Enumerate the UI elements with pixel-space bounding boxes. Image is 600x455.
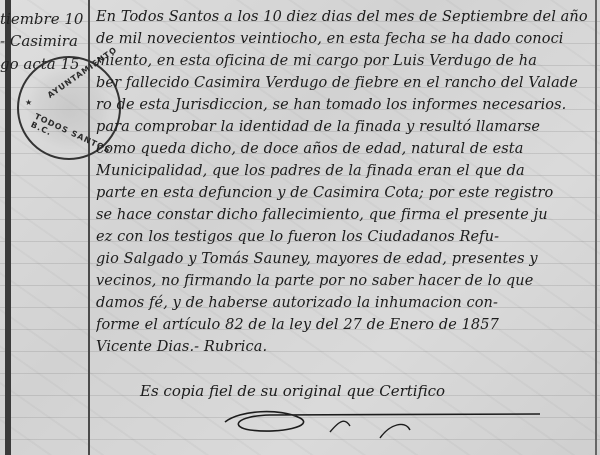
record-line: forme el artículo 82 de la ley del 27 de… — [96, 314, 596, 336]
signature-flourish — [220, 400, 550, 440]
record-line: Vicente Dias.- Rubrica. — [96, 336, 596, 358]
record-line: de mil novecientos veintiocho, en esta f… — [96, 28, 596, 50]
record-line: para comprobar la identidad de la finada… — [96, 116, 596, 138]
record-line: ber fallecido Casimira Verdugo de fiebre… — [96, 72, 596, 94]
document-page: tiembre 10 - Casimira go acta 15 AYUNTAM… — [0, 0, 600, 455]
record-line: vecinos, no firmando la parte por no sab… — [96, 270, 596, 292]
certification-line: Es copia fiel de su original que Certifi… — [140, 382, 445, 400]
margin-note-line: - Casimira — [0, 32, 86, 50]
record-line: parte en esta defuncion y de Casimira Co… — [96, 182, 596, 204]
record-line: En Todos Santos a los 10 diez dias del m… — [96, 6, 596, 28]
margin-note-line: tiembre 10 — [0, 10, 86, 28]
record-line: miento, en esta oficina de mi cargo por … — [96, 50, 596, 72]
record-body: En Todos Santos a los 10 diez dias del m… — [96, 6, 596, 358]
record-line: gio Salgado y Tomás Sauney, mayores de e… — [96, 248, 596, 270]
star-icon: ★ — [25, 98, 33, 107]
record-line: Municipalidad, que los padres de la fina… — [96, 160, 596, 182]
record-line: ez con los testigos que lo fueron los Ci… — [96, 226, 596, 248]
record-line: ro de esta Jurisdiccion, se han tomado l… — [96, 94, 596, 116]
record-line: se hace constar dicho fallecimiento, que… — [96, 204, 596, 226]
record-line: como queda dicho, de doce años de edad, … — [96, 138, 596, 160]
record-line: damos fé, y de haberse autorizado la inh… — [96, 292, 596, 314]
